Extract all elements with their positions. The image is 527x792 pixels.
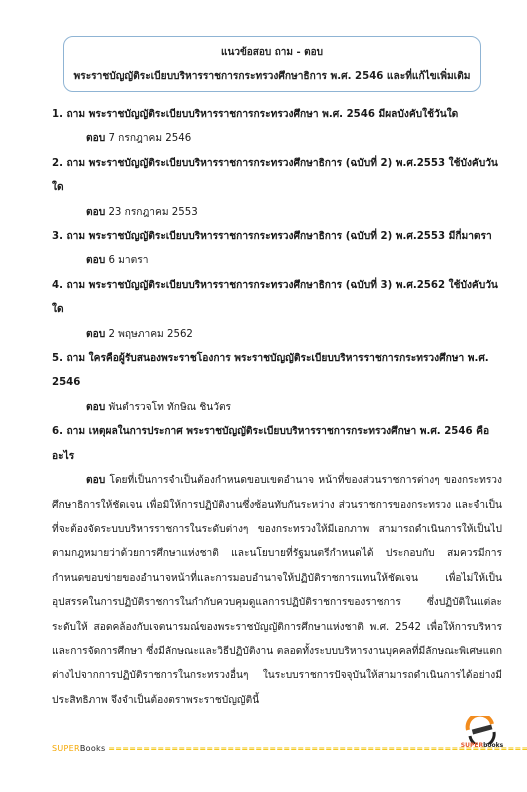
- question: 3. ถาม พระราชบัญญัติระเบียบบริหารราชการก…: [52, 225, 502, 249]
- footer-brand-super: SUPER: [52, 744, 80, 753]
- answer-label: ตอบ: [86, 133, 105, 144]
- answer: ตอบ 7 กรกฎาคม 2546: [52, 127, 502, 151]
- logo-super: SUPER: [461, 742, 483, 749]
- footer: SUPERBooks =============================…: [52, 744, 527, 753]
- answer-text: 6 มาตรา: [108, 255, 148, 266]
- logo-text: SUPERbooks: [458, 742, 506, 749]
- question: 1. ถาม พระราชบัญญัติระเบียบบริหารราชการก…: [52, 103, 502, 127]
- qa-item-3: 3. ถาม พระราชบัญญัติระเบียบบริหารราชการก…: [52, 225, 502, 274]
- answer-label: ตอบ: [86, 475, 105, 486]
- logo-swoosh-icon: [458, 716, 504, 744]
- qa-item-1: 1. ถาม พระราชบัญญัติระเบียบบริหารราชการก…: [52, 103, 502, 152]
- answer-text: โดยที่เป็นการจำเป็นต้องกำหนดขอบเขตอำนาจ …: [52, 475, 502, 706]
- question: 4. ถาม พระราชบัญญัติระเบียบบริหารราชการก…: [52, 274, 502, 323]
- superbooks-logo: SUPERbooks: [458, 716, 504, 752]
- question: 5. ถาม ใครคือผู้รับสนองพระราชโองการ พระร…: [52, 347, 502, 396]
- qa-item-4: 4. ถาม พระราชบัญญัติระเบียบบริหารราชการก…: [52, 274, 502, 347]
- footer-brand-books: Books: [80, 744, 106, 753]
- answer-text: 2 พฤษภาคม 2562: [108, 329, 192, 340]
- answer: ตอบ 6 มาตรา: [52, 249, 502, 273]
- answer-text: พันตำรวจโท ทักษิณ ชินวัตร: [108, 402, 231, 413]
- qa-content: 1. ถาม พระราชบัญญัติระเบียบบริหารราชการก…: [52, 103, 502, 713]
- question: 6. ถาม เหตุผลในการประกาศ พระราชบัญญัติระ…: [52, 420, 502, 469]
- answer-text: 23 กรกฎาคม 2553: [108, 207, 197, 218]
- answer: ตอบ 2 พฤษภาคม 2562: [52, 323, 502, 347]
- question: 2. ถาม พระราชบัญญัติระเบียบบริหารราชการก…: [52, 152, 502, 201]
- answer: ตอบ โดยที่เป็นการจำเป็นต้องกำหนดขอบเขตอำ…: [52, 469, 502, 713]
- answer: ตอบ 23 กรกฎาคม 2553: [52, 201, 502, 225]
- qa-item-2: 2. ถาม พระราชบัญญัติระเบียบบริหารราชการก…: [52, 152, 502, 225]
- title-line-2: พระราชบัญญัติระเบียบบริหารราชการกระทรวงศ…: [64, 68, 480, 84]
- title-box: แนวข้อสอบ ถาม - ตอบ พระราชบัญญัติระเบียบ…: [63, 36, 481, 92]
- answer-label: ตอบ: [86, 255, 105, 266]
- qa-item-6: 6. ถาม เหตุผลในการประกาศ พระราชบัญญัติระ…: [52, 420, 502, 713]
- qa-item-5: 5. ถาม ใครคือผู้รับสนองพระราชโองการ พระร…: [52, 347, 502, 420]
- answer-text: 7 กรกฎาคม 2546: [108, 133, 191, 144]
- answer-label: ตอบ: [86, 207, 105, 218]
- logo-books: books: [483, 742, 503, 749]
- answer: ตอบ พันตำรวจโท ทักษิณ ชินวัตร: [52, 396, 502, 420]
- title-line-1: แนวข้อสอบ ถาม - ตอบ: [64, 45, 480, 60]
- answer-label: ตอบ: [86, 329, 105, 340]
- answer-label: ตอบ: [86, 402, 105, 413]
